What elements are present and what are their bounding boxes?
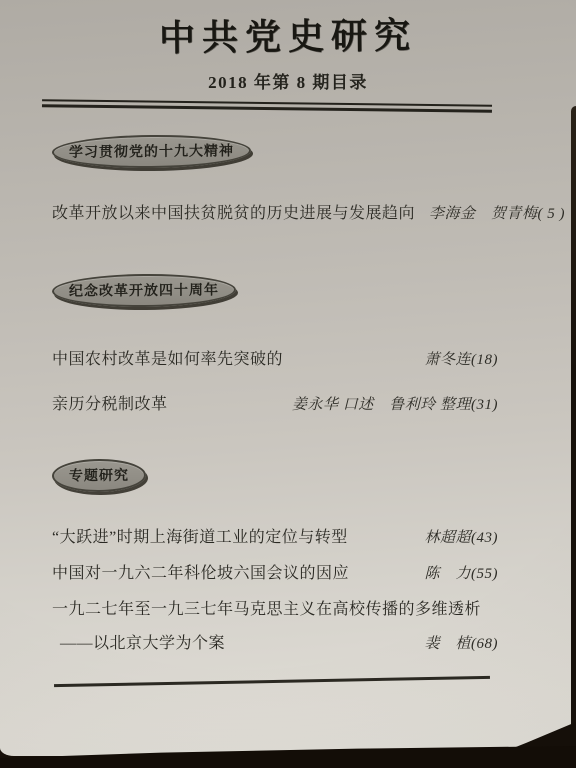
article-title: “大跃进”时期上海街道工业的定位与转型 — [52, 527, 348, 549]
article-title: 改革开放以来中国扶贫脱贫的历史进展与发展趋向 — [52, 203, 415, 225]
article-title: 一九二七年至一九三七年马克思主义在高校传播的多维透析 — [52, 599, 481, 621]
article-authors: 姜永华 口述 鲁利玲 整理(31) — [278, 394, 498, 416]
table-surface-right-edge — [571, 106, 576, 768]
article-title-subline: ——以北京大学为个案 — [52, 633, 225, 655]
article-row: 改革开放以来中国扶贫脱贫的历史进展与发展趋向 李海金 贺青梅( 5 ) — [52, 203, 498, 225]
article-authors: 裴 植(68) — [411, 633, 499, 655]
footer-divider — [54, 676, 490, 687]
section-badge-special-research: 专题研究 — [52, 459, 146, 493]
article-row: “大跃进”时期上海街道工业的定位与转型 林超超(43) — [52, 527, 498, 549]
article-authors: 李海金 贺青梅( 5 ) — [415, 203, 565, 225]
article-row: 中国农村改革是如何率先突破的 萧冬连(18) — [52, 349, 498, 371]
article-authors: 林超超(43) — [411, 527, 499, 549]
toc-page: 中共党史研究 2018 年第 8 期目录 学习贯彻党的十九大精神 改革开放以来中… — [0, 0, 576, 756]
article-authors: 陈 力(55) — [411, 563, 499, 585]
photographed-journal-page: 中共党史研究 2018 年第 8 期目录 学习贯彻党的十九大精神 改革开放以来中… — [0, 0, 576, 768]
article-title: 中国对一九六二年科伦坡六国会议的因应 — [52, 563, 349, 585]
article-title: 亲历分税制改革 — [52, 394, 168, 416]
article-row: 一九二七年至一九三七年马克思主义在高校传播的多维透析 — [52, 599, 498, 621]
issue-line: 2018 年第 8 期目录 — [0, 72, 576, 94]
article-title: 中国农村改革是如何率先突破的 — [52, 349, 283, 371]
article-authors: 萧冬连(18) — [411, 349, 499, 371]
article-row: 中国对一九六二年科伦坡六国会议的因应 陈 力(55) — [52, 563, 498, 585]
section-badge-reform-40th-anniversary: 纪念改革开放四十周年 — [52, 273, 236, 308]
toc-content: 学习贯彻党的十九大精神 改革开放以来中国扶贫脱贫的历史进展与发展趋向 李海金 贺… — [0, 110, 576, 655]
article-row: ——以北京大学为个案 裴 植(68) — [52, 633, 498, 655]
article-row: 亲历分税制改革 姜永华 口述 鲁利玲 整理(31) — [52, 394, 498, 416]
journal-title: 中共党史研究 — [0, 11, 576, 63]
section-badge-study-19th-congress: 学习贯彻党的十九大精神 — [52, 134, 251, 169]
